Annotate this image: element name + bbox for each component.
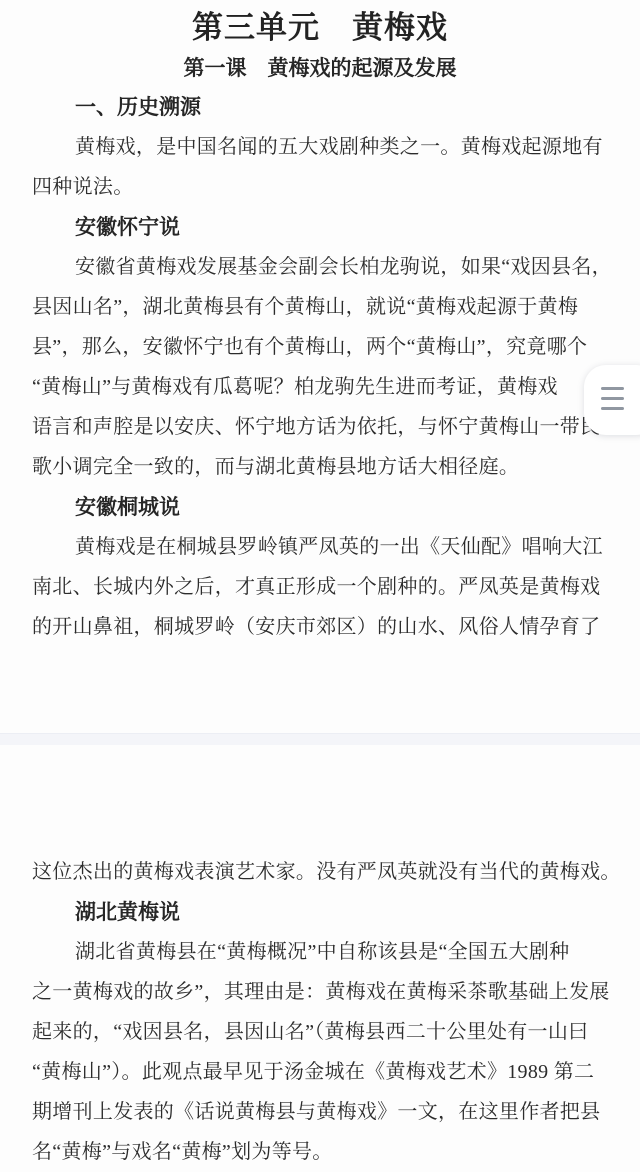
text-line: 的开山鼻祖，桐城罗岭（安庆市郊区）的山水、风俗人情孕育了: [32, 607, 600, 647]
text-line: 这位杰出的黄梅戏表演艺术家。没有严凤英就没有当代的黄梅戏。: [32, 852, 621, 892]
heading-text: 安徽桐城说: [75, 487, 180, 527]
text-line: 歌小调完全一致的，而与湖北黄梅县地方话大相径庭。: [32, 447, 519, 487]
text-line: 起来的，“戏因县名，县因山名”（黄梅县西二十公里处有一山曰: [32, 1012, 588, 1052]
text-line: 黄梅戏是在桐城县罗岭镇严凤英的一出《天仙配》唱响大江: [75, 527, 603, 567]
text-line: 县”，那么，安徽怀宁也有个黄梅山，两个“黄梅山”，究竟哪个: [32, 327, 587, 367]
text-line: 四种说法。: [32, 167, 134, 207]
text-line: “黄梅山”）。此观点最早见于汤金城在《黄梅戏艺术》1989 第二: [32, 1052, 594, 1092]
text-line: 语言和声腔是以安庆、怀宁地方话为依托，与怀宁黄梅山一带民: [32, 407, 600, 447]
text-line: 之一黄梅戏的故乡”，其理由是：黄梅戏在黄梅采茶歌基础上发展: [32, 972, 610, 1012]
text-line: 湖北省黄梅县在“黄梅概况”中自称该县是“全国五大剧种: [75, 932, 569, 972]
menu-button[interactable]: [584, 365, 640, 435]
subtitle-text: 第一课 黄梅戏的起源及发展: [0, 48, 640, 88]
text-line: 名“黄梅”与戏名“黄梅”划为等号。: [32, 1132, 333, 1172]
text-line: 安徽省黄梅戏发展基金会副会长柏龙驹说，如果“戏因县名，: [75, 247, 612, 287]
title-text: 第三单元 黄梅戏: [0, 8, 640, 48]
text-line: 黄梅戏，是中国名闻的五大戏剧种类之一。黄梅戏起源地有: [75, 127, 603, 167]
text-line: 期增刊上发表的《话说黄梅县与黄梅戏》一文，在这里作者把县: [32, 1092, 600, 1132]
heading-text: 一、历史溯源: [75, 87, 201, 127]
text-line: 南北、长城内外之后，才真正形成一个剧种的。严凤英是黄梅戏: [32, 567, 600, 607]
heading-text: 湖北黄梅说: [75, 892, 180, 932]
heading-text: 安徽怀宁说: [75, 207, 180, 247]
text-line: 县因山名”，湖北黄梅县有个黄梅山，就说“黄梅戏起源于黄梅: [32, 287, 578, 327]
document-viewer: 第三单元 黄梅戏第一课 黄梅戏的起源及发展一、历史溯源黄梅戏，是中国名闻的五大戏…: [0, 0, 640, 1172]
page-separator: [0, 733, 640, 745]
text-line: “黄梅山”与黄梅戏有瓜葛呢？柏龙驹先生进而考证，黄梅戏: [32, 367, 558, 407]
hamburger-menu-icon: [601, 385, 624, 415]
